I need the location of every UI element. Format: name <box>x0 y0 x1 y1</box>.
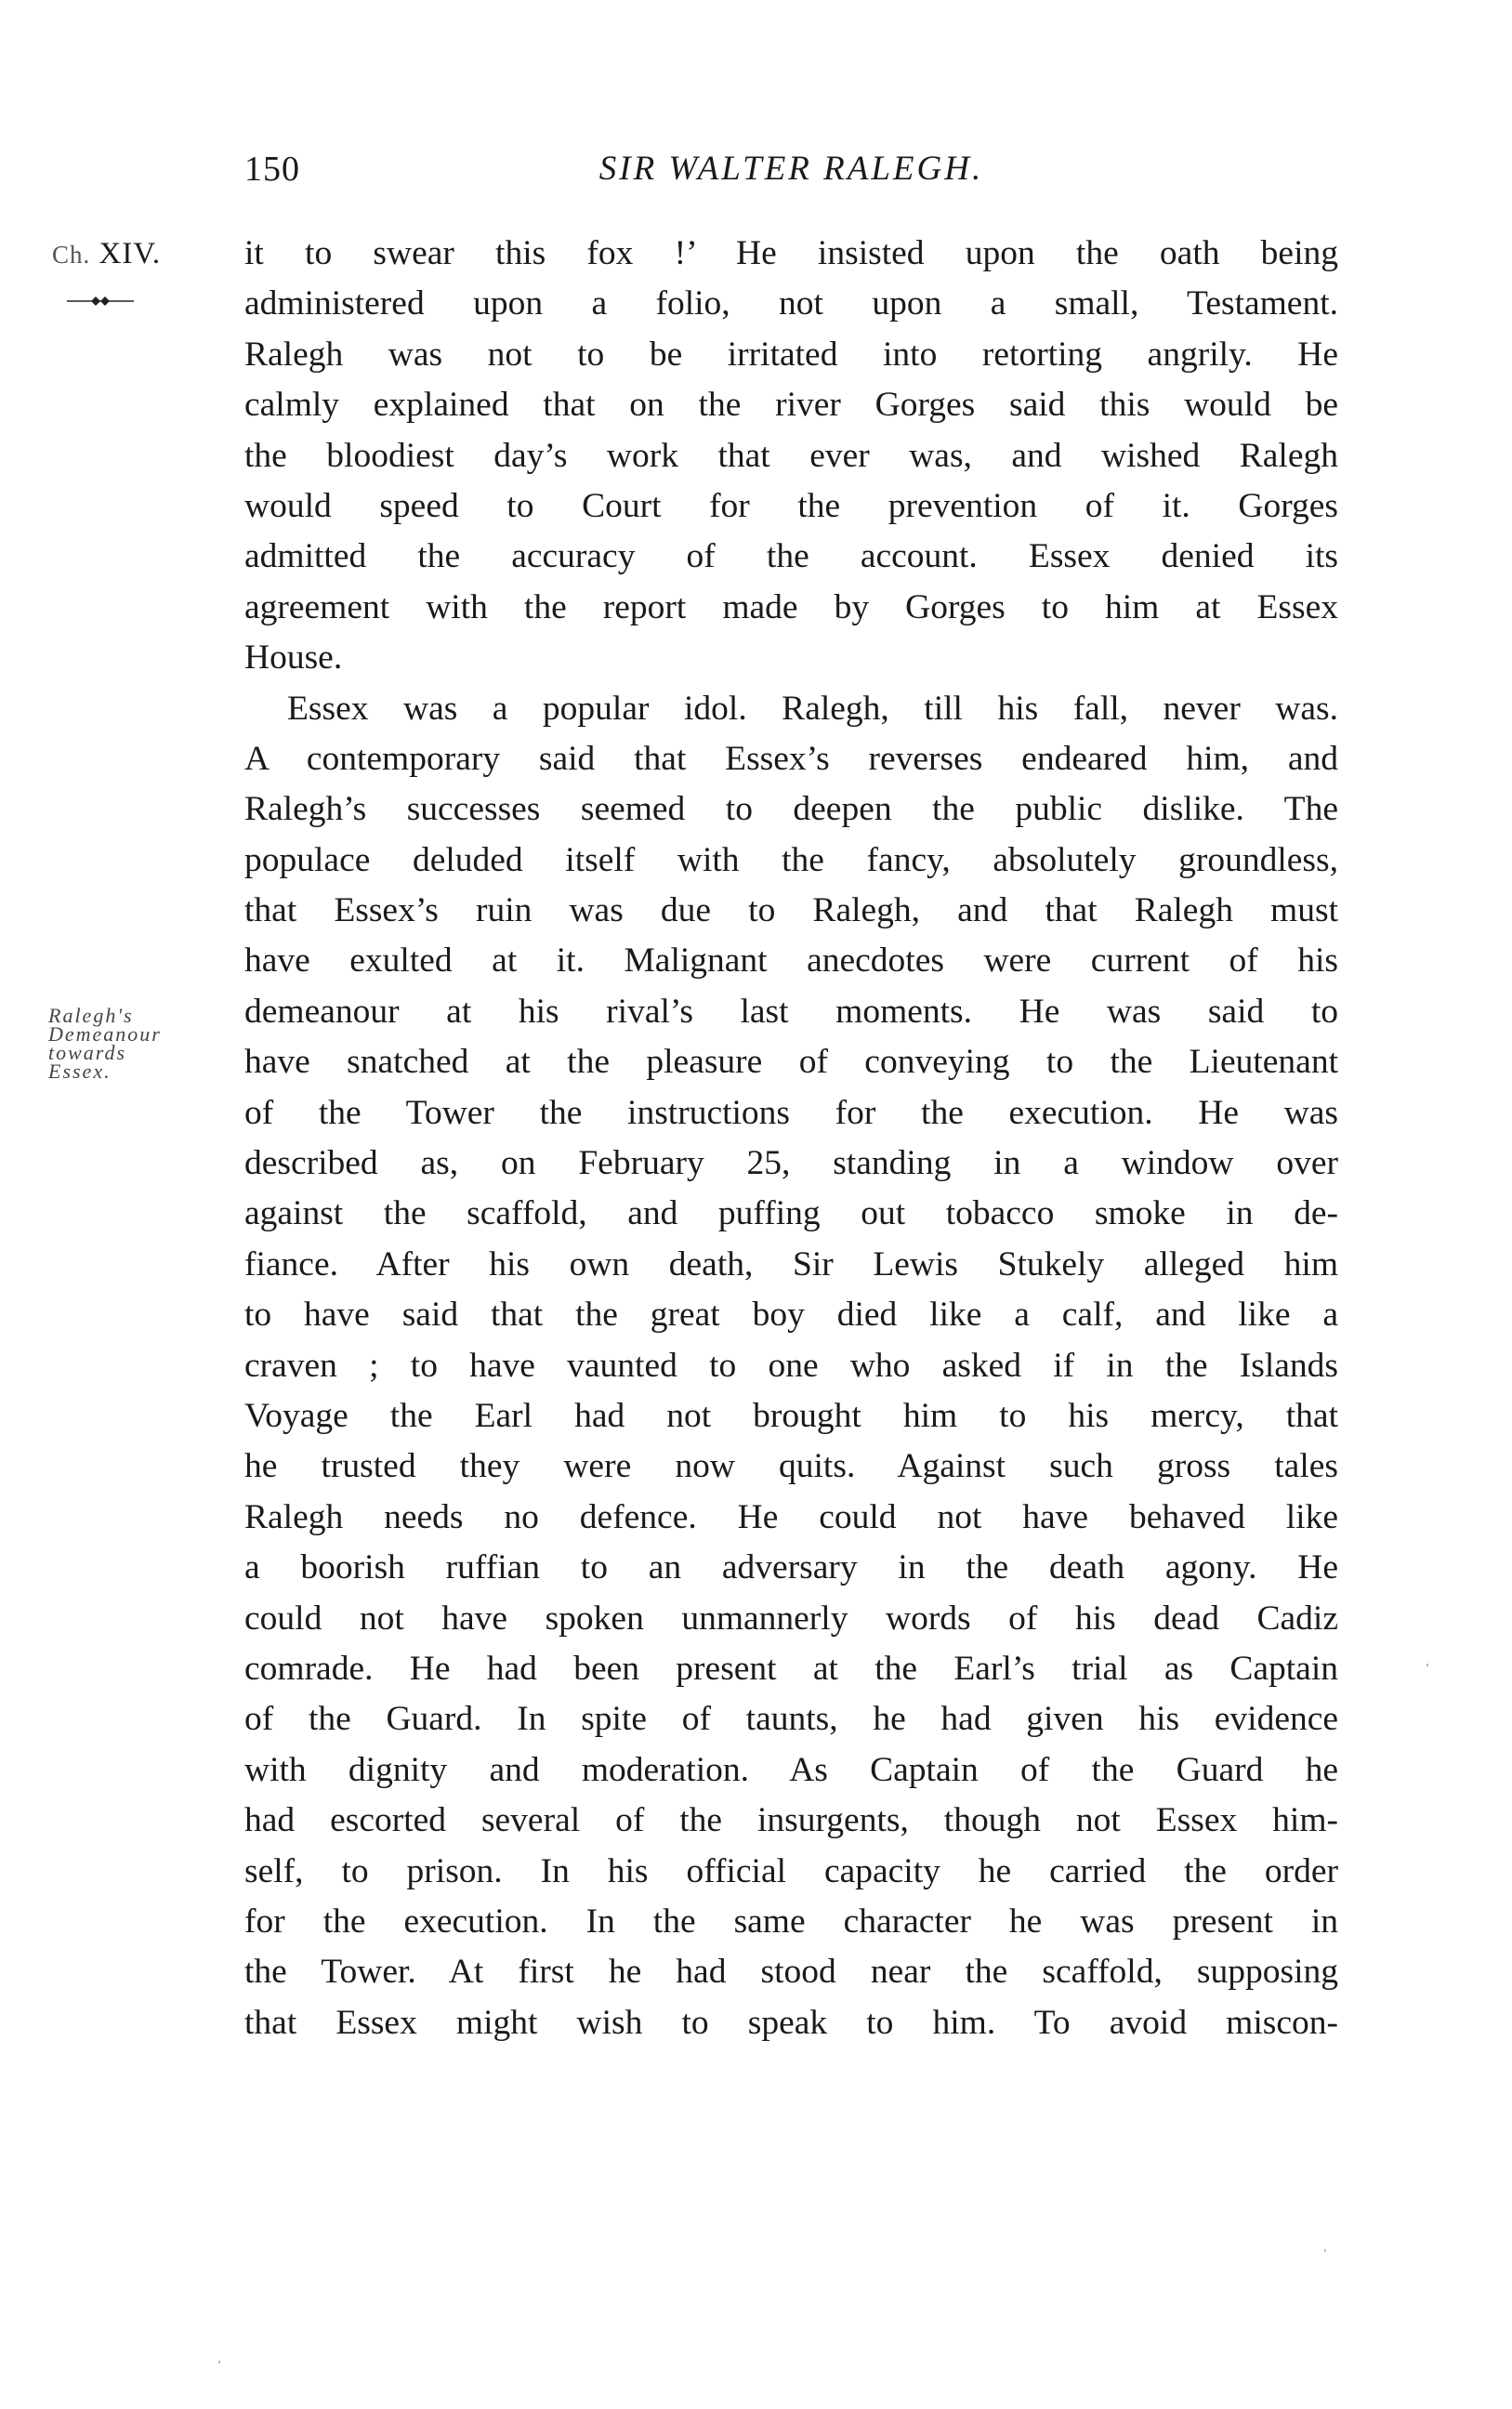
paragraph-start-line: Essex was a popular idol. Ralegh, till h… <box>244 684 1338 734</box>
text-line: Voyage the Earl had not brought him to h… <box>244 1391 1338 1441</box>
text-line-content: a boorish ruffian to an adversary in the… <box>244 1543 1338 1593</box>
text-line: a boorish ruffian to an adversary in the… <box>244 1543 1338 1593</box>
text-line: comrade. He had been present at the Earl… <box>244 1644 1338 1694</box>
text-line-content: fiance. After his own death, Sir Lewis S… <box>244 1240 1338 1290</box>
text-line-content: could not have spoken unmannerly words o… <box>244 1594 1338 1644</box>
text-line: that Essex’s ruin was due to Ralegh, and… <box>244 886 1338 936</box>
text-line: House. <box>244 633 1338 683</box>
text-line-content: agreement with the report made by Gorges… <box>244 583 1338 633</box>
text-line-content: with dignity and moderation. As Captain … <box>244 1745 1338 1796</box>
text-line: admitted the accuracy of the account. Es… <box>244 532 1338 582</box>
chapter-prefix: Ch. <box>52 241 90 269</box>
text-line: administered upon a folio, not upon a sm… <box>244 279 1338 329</box>
text-line: Ralegh was not to be irritated into reto… <box>244 330 1338 380</box>
text-line: with dignity and moderation. As Captain … <box>244 1745 1338 1796</box>
scan-speck <box>1324 2249 1326 2252</box>
text-line: the Tower. At first he had stood near th… <box>244 1947 1338 1997</box>
text-line: he trusted they were now quits. Against … <box>244 1441 1338 1492</box>
text-line: calmly explained that on the river Gorge… <box>244 380 1338 430</box>
text-line-content: Ralegh’s successes seemed to deepen the … <box>244 784 1338 835</box>
text-line-content: against the scaffold, and puffing out to… <box>244 1189 1338 1239</box>
text-line-content: to have said that the great boy died lik… <box>244 1290 1338 1340</box>
text-line-content: admitted the accuracy of the account. Es… <box>244 532 1338 582</box>
text-line-content: of the Guard. In spite of taunts, he had… <box>244 1694 1338 1744</box>
text-line: populace deluded itself with the fancy, … <box>244 836 1338 886</box>
running-title: SIR WALTER RALEGH. <box>244 149 1338 189</box>
marginal-note: Ralegh's Demeanour towards Essex. <box>48 1007 206 1081</box>
ornament-icon <box>67 294 134 309</box>
text-line-content: described as, on February 25, standing i… <box>244 1139 1338 1189</box>
text-line: demeanour at his rival’s last moments. H… <box>244 987 1338 1037</box>
text-line: to have said that the great boy died lik… <box>244 1290 1338 1340</box>
text-line: that Essex might wish to speak to him. T… <box>244 1998 1338 2048</box>
text-line: against the scaffold, and puffing out to… <box>244 1189 1338 1239</box>
text-line-content: calmly explained that on the river Gorge… <box>244 380 1338 430</box>
marginal-note-line: Essex. <box>48 1062 206 1081</box>
text-line: agreement with the report made by Gorges… <box>244 583 1338 633</box>
text-line-content: House. <box>244 633 1338 683</box>
text-line-content: comrade. He had been present at the Earl… <box>244 1644 1338 1694</box>
running-head: 150 SIR WALTER RALEGH. <box>244 149 1338 204</box>
text-line-content: that Essex might wish to speak to him. T… <box>244 1998 1338 2048</box>
chapter-label: Ch. XIV. <box>52 229 161 279</box>
text-line: had escorted several of the insurgents, … <box>244 1796 1338 1846</box>
text-line: would speed to Court for the prevention … <box>244 481 1338 532</box>
text-line: have exulted at it. Malignant anecdotes … <box>244 936 1338 986</box>
text-line: it to swear this fox !’ He insisted upon… <box>244 229 1338 279</box>
text-line: of the Guard. In spite of taunts, he had… <box>244 1694 1338 1744</box>
text-line: Ralegh needs no defence. He could not ha… <box>244 1493 1338 1543</box>
text-line-content: would speed to Court for the prevention … <box>244 481 1338 532</box>
text-line: Ralegh’s successes seemed to deepen the … <box>244 784 1338 835</box>
text-line-content: administered upon a folio, not upon a sm… <box>244 279 1338 329</box>
text-line: A contemporary said that Essex’s reverse… <box>244 734 1338 784</box>
text-line-content: Essex was a popular idol. Ralegh, till h… <box>287 684 1338 734</box>
text-line-content: have exulted at it. Malignant anecdotes … <box>244 936 1338 986</box>
text-line-content: Ralegh was not to be irritated into reto… <box>244 330 1338 380</box>
text-line-content: craven ; to have vaunted to one who aske… <box>244 1341 1338 1391</box>
text-line: self, to prison. In his official capacit… <box>244 1847 1338 1897</box>
text-line-content: Ralegh needs no defence. He could not ha… <box>244 1493 1338 1543</box>
text-line: have snatched at the pleasure of conveyi… <box>244 1037 1338 1087</box>
chapter-numeral: XIV. <box>99 237 162 270</box>
text-line-content: of the Tower the instructions for the ex… <box>244 1088 1338 1139</box>
text-line-content: A contemporary said that Essex’s reverse… <box>244 734 1338 784</box>
text-line-content: populace deluded itself with the fancy, … <box>244 836 1338 886</box>
text-line: of the Tower the instructions for the ex… <box>244 1088 1338 1139</box>
text-line-content: for the execution. In the same character… <box>244 1897 1338 1947</box>
scan-speck <box>218 2361 220 2363</box>
body-text: it to swear this fox !’ He insisted upon… <box>244 229 1338 2048</box>
text-line-content: have snatched at the pleasure of conveyi… <box>244 1037 1338 1087</box>
text-line: craven ; to have vaunted to one who aske… <box>244 1341 1338 1391</box>
text-line: could not have spoken unmannerly words o… <box>244 1594 1338 1644</box>
text-line-content: it to swear this fox !’ He insisted upon… <box>244 229 1338 279</box>
text-line: described as, on February 25, standing i… <box>244 1139 1338 1189</box>
text-line: the bloodiest day’s work that ever was, … <box>244 431 1338 481</box>
text-line-content: self, to prison. In his official capacit… <box>244 1847 1338 1897</box>
text-line-content: the Tower. At first he had stood near th… <box>244 1947 1338 1997</box>
text-line-content: the bloodiest day’s work that ever was, … <box>244 431 1338 481</box>
text-line: fiance. After his own death, Sir Lewis S… <box>244 1240 1338 1290</box>
scan-speck <box>1427 1664 1428 1666</box>
text-line-content: Voyage the Earl had not brought him to h… <box>244 1391 1338 1441</box>
text-line-content: he trusted they were now quits. Against … <box>244 1441 1338 1492</box>
text-line-content: had escorted several of the insurgents, … <box>244 1796 1338 1846</box>
text-line-content: demeanour at his rival’s last moments. H… <box>244 987 1338 1037</box>
text-line-content: that Essex’s ruin was due to Ralegh, and… <box>244 886 1338 936</box>
text-line: for the execution. In the same character… <box>244 1897 1338 1947</box>
